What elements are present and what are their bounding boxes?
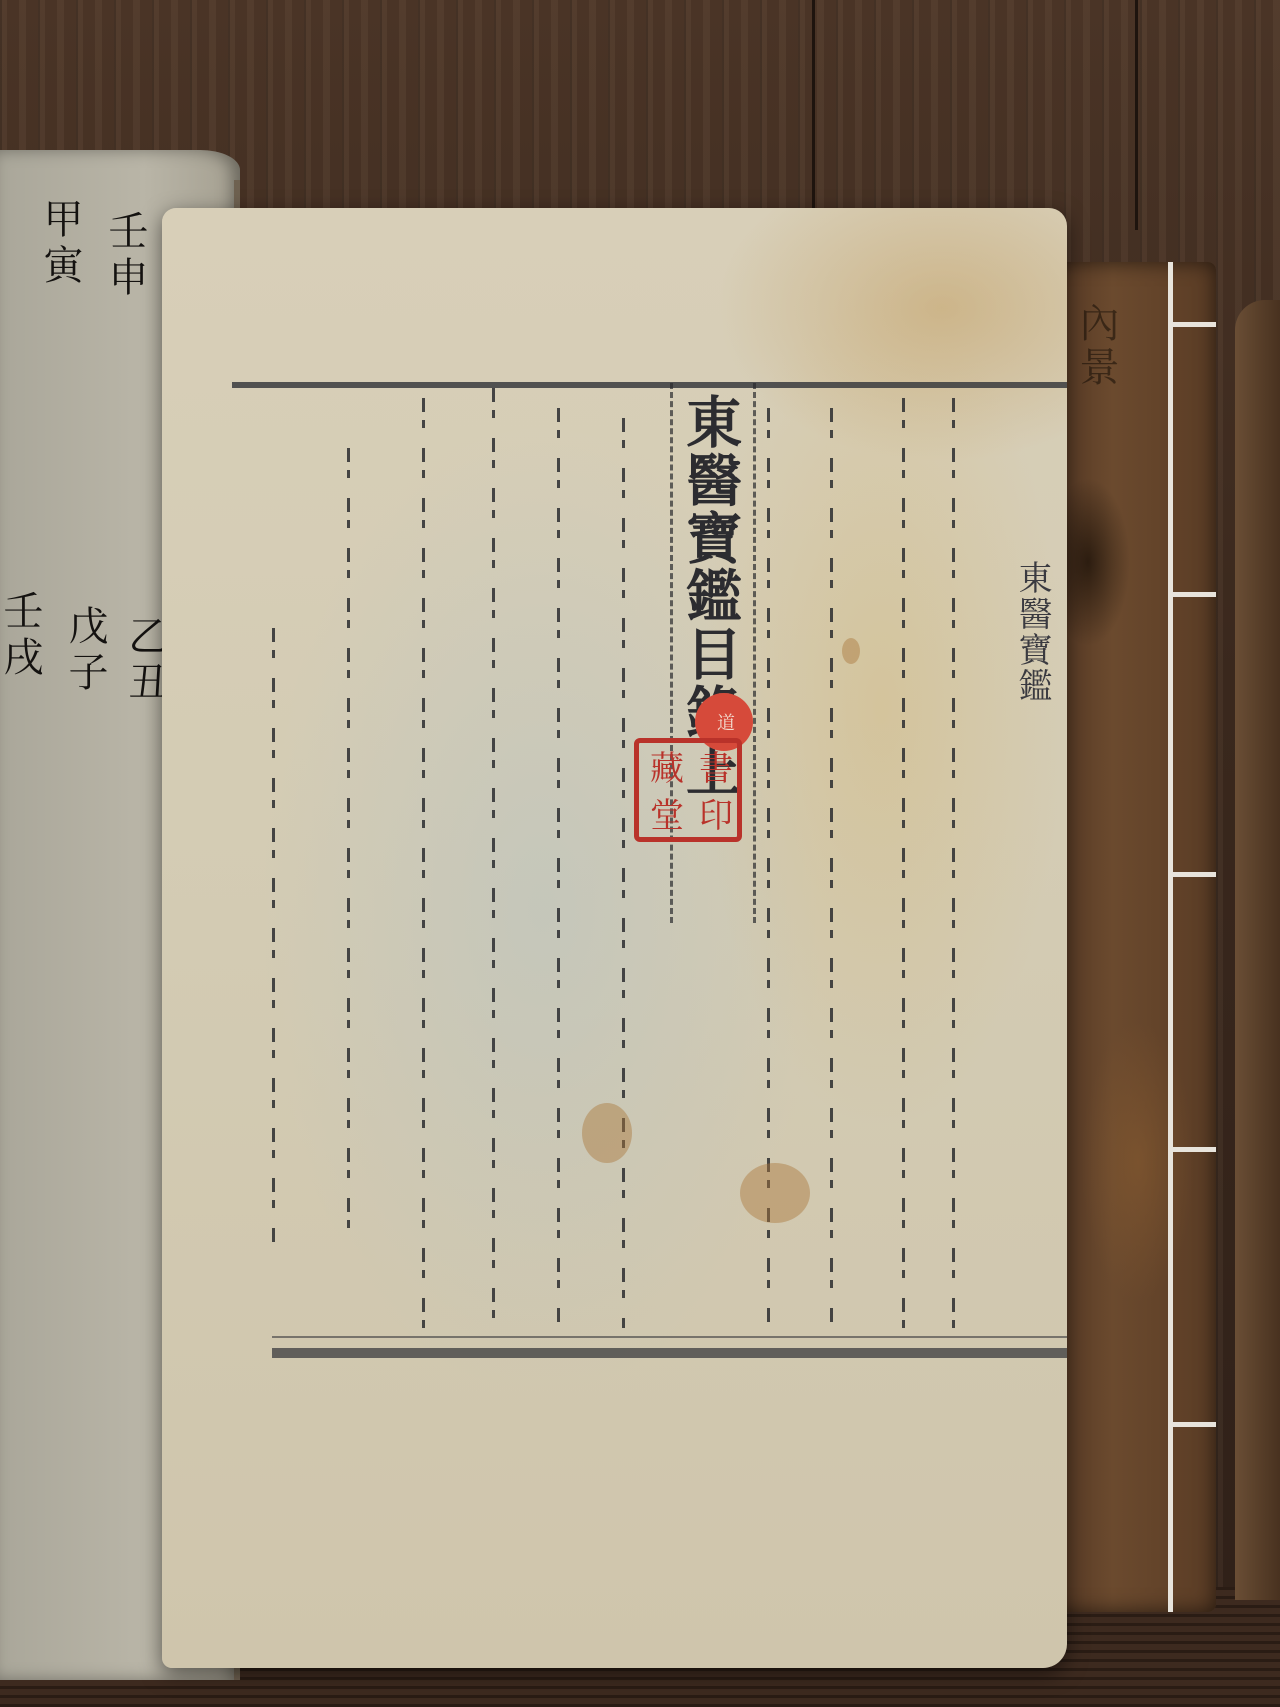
- water-stain: [740, 1163, 810, 1223]
- text-column: [830, 408, 833, 1328]
- text-column: [557, 408, 560, 1328]
- table-board-seam: [812, 0, 815, 230]
- printed-frame-top: [232, 382, 1067, 388]
- text-column: [622, 418, 625, 1328]
- printed-frame-bottom: [272, 1336, 1067, 1338]
- text-column: [272, 628, 275, 1248]
- water-stain: [842, 638, 860, 664]
- handwritten-column: 乙丑: [125, 615, 165, 707]
- adjacent-heading: 東醫寶鑑: [1008, 560, 1057, 704]
- binding-thread: [1168, 1422, 1216, 1427]
- water-stain: [582, 1103, 632, 1163]
- binding-thread: [1168, 322, 1216, 327]
- binding-thread: [1168, 592, 1216, 597]
- binding-thread: [1168, 872, 1216, 877]
- handwritten-column: 甲寅: [40, 198, 80, 290]
- handwritten-column: 戊子: [65, 605, 105, 697]
- cover-title: 內景: [1068, 302, 1125, 390]
- table-board-seam: [1135, 0, 1138, 230]
- handwritten-column: 壬申: [105, 210, 145, 302]
- text-column: [422, 398, 425, 1328]
- square-seal: 藏 書 堂 印: [634, 738, 742, 842]
- text-column: [902, 398, 905, 1328]
- seal-character: 書: [696, 750, 730, 784]
- seal-character: 藏: [647, 750, 681, 784]
- binding-thread: [1168, 1147, 1216, 1152]
- printed-frame-bottom: [272, 1348, 1067, 1358]
- text-column: [492, 388, 495, 1318]
- binding-thread: [1168, 262, 1173, 1612]
- text-column: [952, 398, 955, 1328]
- seal-character: 印: [696, 797, 730, 831]
- handwritten-column: 壬戌: [0, 590, 40, 682]
- background-book: [1235, 300, 1280, 1600]
- open-page: 東醫寶鑑目錄上 道 藏 書 堂 印: [162, 208, 1067, 1668]
- text-column: [347, 448, 350, 1248]
- seal-character: 堂: [647, 797, 681, 831]
